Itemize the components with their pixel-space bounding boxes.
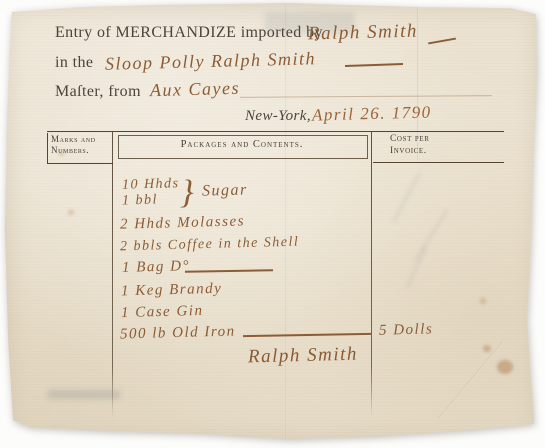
ink-showthrough-1: [392, 173, 420, 223]
item-molasses: 2 Hhds Molasses: [120, 213, 245, 233]
scanned-document: Entry of MERCHANDIZE imported by Ralph S…: [0, 0, 545, 448]
item-sugar-brace: }: [180, 174, 194, 212]
table-vertical-line-right: [371, 132, 372, 417]
ink-rule-line3: [240, 95, 492, 98]
cost-value: 5 Dolls: [379, 321, 434, 339]
item-sugar-qty-top: 10 Hhds: [122, 176, 180, 194]
marks-box-bottom-line: [47, 163, 113, 164]
item-brandy: 1 Keg Brandy: [121, 281, 223, 301]
column-header-packages: Packages and Contents.: [122, 139, 362, 150]
gray-smudge-bottom-left: [48, 390, 120, 399]
ink-dash-ditto: [185, 269, 273, 272]
handwritten-port-of-origin: Aux Cayes: [150, 78, 241, 101]
item-sugar-qty-bottom: 1 bbl: [122, 193, 158, 210]
signature: Ralph Smith: [248, 344, 358, 369]
ink-showthrough-3: [406, 246, 428, 288]
table-vertical-line-left: [112, 132, 113, 418]
column-header-marks-line1: Marks and: [51, 134, 96, 144]
ink-showthrough-2: [414, 209, 448, 261]
printed-place: New-York,: [245, 108, 311, 125]
marks-box-left-line: [47, 133, 48, 164]
printed-master-from: Maſter, from: [55, 83, 141, 101]
column-header-cost-line2: Invoice.: [390, 146, 427, 156]
cost-header-bottom-rule: [373, 162, 504, 163]
ink-dash-old-iron: [243, 333, 371, 337]
paper-shadow-wrap: Entry of MERCHANDIZE imported by Ralph S…: [0, 0, 545, 448]
document-paper: Entry of MERCHANDIZE imported by Ralph S…: [0, 0, 545, 448]
foxing-spot-4: [68, 210, 74, 215]
item-sugar-desc: Sugar: [202, 181, 248, 200]
item-gin: 1 Case Gin: [121, 303, 204, 322]
item-old-iron: 500 lb Old Iron: [120, 323, 236, 343]
ink-flourish-line1: [428, 38, 456, 44]
foxing-spot-1: [497, 360, 513, 374]
handwritten-importer-name: Ralph Smith: [308, 21, 418, 46]
foxing-spot-3: [480, 298, 486, 304]
handwritten-date: April 26. 1790: [312, 102, 432, 125]
foxing-spot-2: [483, 345, 491, 352]
fold-crease-corner: [438, 341, 504, 419]
item-coffee: 2 bbls Coffee in the Shell: [120, 235, 300, 256]
table-top-rule: [47, 131, 504, 132]
printed-vessel-prefix: in the: [55, 54, 93, 72]
column-header-marks-line2: Numbers.: [51, 145, 89, 155]
item-bag-ditto: 1 Bag D°: [122, 258, 190, 277]
ink-dash-line2: [345, 63, 403, 67]
column-header-cost-line1: Cost per: [390, 134, 430, 144]
printed-entry-line: Entry of MERCHANDIZE imported by: [55, 24, 323, 42]
